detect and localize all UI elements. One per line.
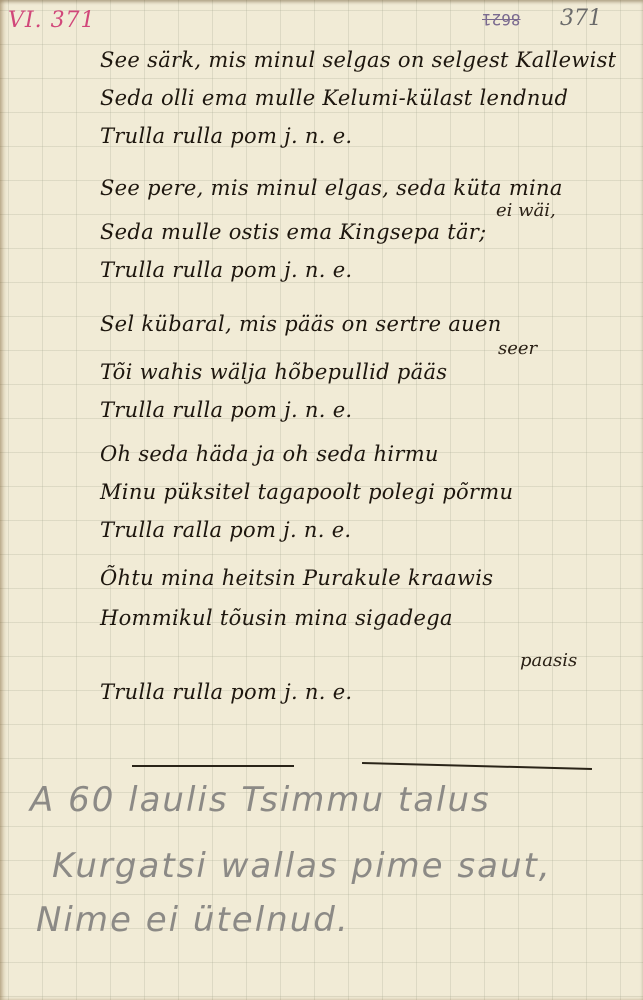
verse-3-line-3: Trulla rulla pom j. n. e. xyxy=(100,398,352,422)
divider-left xyxy=(132,765,294,767)
divider-right xyxy=(362,762,592,770)
verse-5-line-1: Õhtu mina heitsin Purakule kraawis xyxy=(100,566,493,590)
verse-4-line-3: Trulla ralla pom j. n. e. xyxy=(100,518,351,542)
pencil-note-line-3: Nime ei ütelnud. xyxy=(36,900,350,940)
archive-mark: VI. 371 xyxy=(8,8,96,33)
manuscript-page: VI. 371 8621 371 See särk, mis minul sel… xyxy=(0,0,643,1000)
verse-2-insertion: ei wäi, xyxy=(496,200,556,221)
verse-5-insertion: paasis xyxy=(520,650,577,671)
verse-4-line-1: Oh seda häda ja oh seda hirmu xyxy=(100,442,439,466)
verse-1-line-3: Trulla rulla pom j. n. e. xyxy=(100,124,352,148)
verse-3-line-1: Sel kübaral, mis pääs on sertre auen xyxy=(100,312,502,336)
verse-2-line-1: See pere, mis minul elgas, seda küta min… xyxy=(100,176,563,200)
verse-1-line-2: Seda olli ema mulle Kelumi-külast lendnu… xyxy=(100,86,568,110)
struck-stamp-number: 8621 xyxy=(482,10,521,29)
verse-3-insertion: seer xyxy=(498,338,537,359)
verse-2-line-3: Trulla rulla pom j. n. e. xyxy=(100,258,352,282)
verse-2-line-2: Seda mulle ostis ema Kingsepa tär; xyxy=(100,220,486,244)
verse-5-line-2: Hommikul tõusin mina sigadega xyxy=(100,606,453,630)
pencil-note-line-2: Kurgatsi wallas pime saut, xyxy=(52,846,552,886)
page-number: 371 xyxy=(560,6,602,31)
pencil-note-line-1: A 60 laulis Tsimmu talus xyxy=(30,780,491,820)
verse-4-line-2: Minu püksitel tagapoolt polegi põrmu xyxy=(100,480,513,504)
verse-3-line-2: Tõi wahis wälja hõbepullid pääs xyxy=(100,360,447,384)
verse-1-line-1: See särk, mis minul selgas on selgest Ka… xyxy=(100,48,616,72)
verse-5-line-3: Trulla rulla pom j. n. e. xyxy=(100,680,352,704)
